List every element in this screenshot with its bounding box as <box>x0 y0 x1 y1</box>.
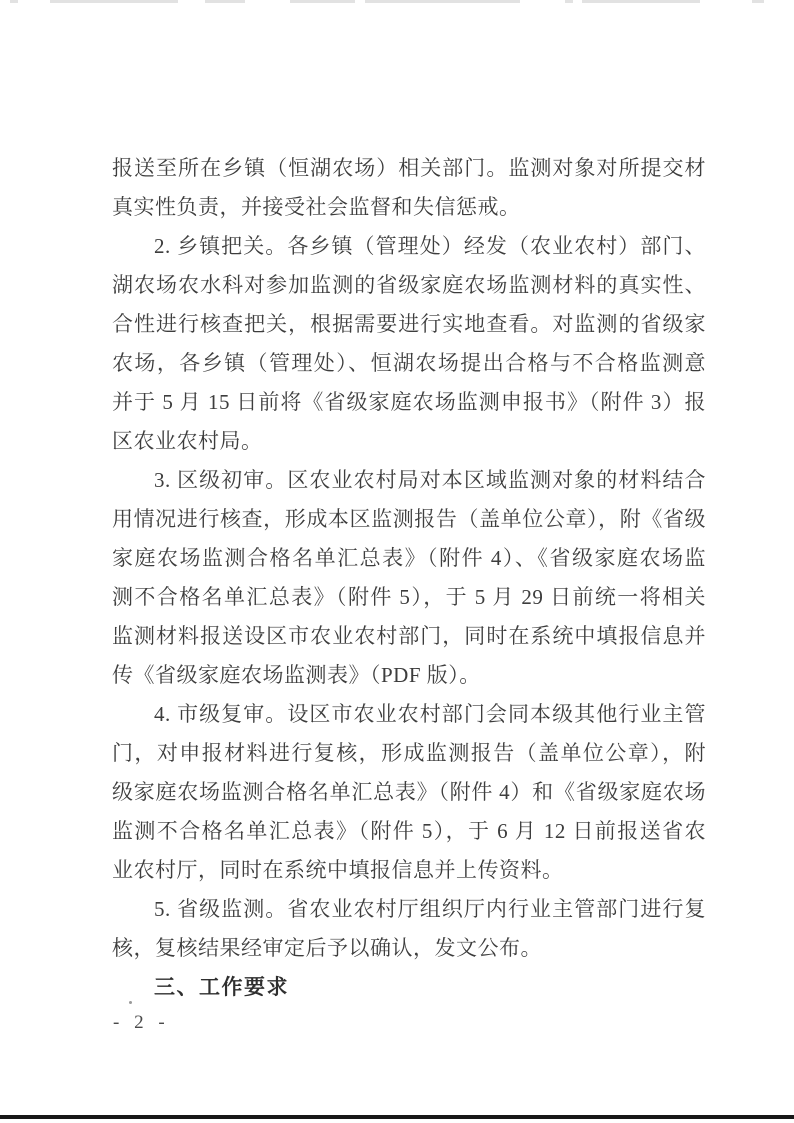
scan-artifact-top-edge <box>365 0 520 3</box>
scanned-document-page: 报送至所在乡镇（恒湖农场）相关部门。监测对象对所提交材料真实性负责，并接受社会监… <box>0 0 794 1123</box>
text-line: 并于 5 月 15 日前将《省级家庭农场监测申报书》（附件 3）报 <box>112 383 706 422</box>
text-line: 5. 省级监测。省农业农村厅组织厅内行业主管部门进行复 <box>112 890 706 929</box>
text-line: 真实性负责，并接受社会监督和失信惩戒。 <box>112 188 706 227</box>
scan-artifact-top-edge <box>205 0 245 3</box>
text-line: 3. 区级初审。区农业农村局对本区域监测对象的材料结合信 <box>112 461 706 500</box>
text-line: 4. 市级复审。设区市农业农村部门会同本级其他行业主管部 <box>112 695 706 734</box>
text-line: 监测材料报送设区市农业农村部门，同时在系统中填报信息并上 <box>112 617 706 656</box>
body-paragraph: 5. 省级监测。省农业农村厅组织厅内行业主管部门进行复核，复核结果经审定后予以确… <box>112 890 706 968</box>
text-line: 报送至所在乡镇（恒湖农场）相关部门。监测对象对所提交材料 <box>112 149 706 188</box>
body-paragraph: 3. 区级初审。区农业农村局对本区域监测对象的材料结合信用情况进行核查，形成本区… <box>112 461 706 695</box>
body-paragraph: 4. 市级复审。设区市农业农村部门会同本级其他行业主管部门，对申报材料进行复核，… <box>112 695 706 890</box>
document-body: 报送至所在乡镇（恒湖农场）相关部门。监测对象对所提交材料真实性负责，并接受社会监… <box>112 149 706 1007</box>
body-paragraph: 报送至所在乡镇（恒湖农场）相关部门。监测对象对所提交材料真实性负责，并接受社会监… <box>112 149 706 227</box>
page-number: - 2 - <box>113 1010 167 1036</box>
scan-artifact-top-edge <box>582 0 700 3</box>
text-line: 监测不合格名单汇总表》（附件 5），于 6 月 12 日前报送省农 <box>112 812 706 851</box>
text-line: 业农村厅，同时在系统中填报信息并上传资料。 <box>112 851 706 890</box>
scan-artifact-speck <box>129 1001 132 1004</box>
text-line: 门，对申报材料进行复核，形成监测报告（盖单位公章），附《省 <box>112 734 706 773</box>
section-heading: 三、工作要求 <box>112 968 706 1007</box>
text-line: 三、工作要求 <box>112 968 706 1007</box>
scan-artifact-top-edge <box>752 0 764 3</box>
scan-artifact-top-edge <box>10 0 18 3</box>
text-line: 湖农场农水科对参加监测的省级家庭农场监测材料的真实性、符 <box>112 266 706 305</box>
text-line: 2. 乡镇把关。各乡镇（管理处）经发（农业农村）部门、恒 <box>112 227 706 266</box>
text-line: 核，复核结果经审定后予以确认，发文公布。 <box>112 929 706 968</box>
text-line: 测不合格名单汇总表》（附件 5），于 5 月 29 日前统一将相关 <box>112 578 706 617</box>
scan-artifact-bottom-edge <box>0 1115 794 1119</box>
text-line: 传《省级家庭农场监测表》（PDF 版）。 <box>112 656 706 695</box>
text-line: 用情况进行核查，形成本区监测报告（盖单位公章），附《省级 <box>112 500 706 539</box>
text-line: 家庭农场监测合格名单汇总表》（附件 4）、《省级家庭农场监 <box>112 539 706 578</box>
text-line: 农场，各乡镇（管理处）、恒湖农场提出合格与不合格监测意见， <box>112 344 706 383</box>
text-line: 区农业农村局。 <box>112 422 706 461</box>
scan-artifact-top-edge <box>290 0 355 3</box>
scan-artifact-top-edge <box>50 0 178 3</box>
scan-artifact-top-edge <box>565 0 573 3</box>
body-paragraph: 2. 乡镇把关。各乡镇（管理处）经发（农业农村）部门、恒湖农场农水科对参加监测的… <box>112 227 706 461</box>
text-line: 级家庭农场监测合格名单汇总表》（附件 4）和《省级家庭农场 <box>112 773 706 812</box>
text-line: 合性进行核查把关，根据需要进行实地查看。对监测的省级家庭 <box>112 305 706 344</box>
